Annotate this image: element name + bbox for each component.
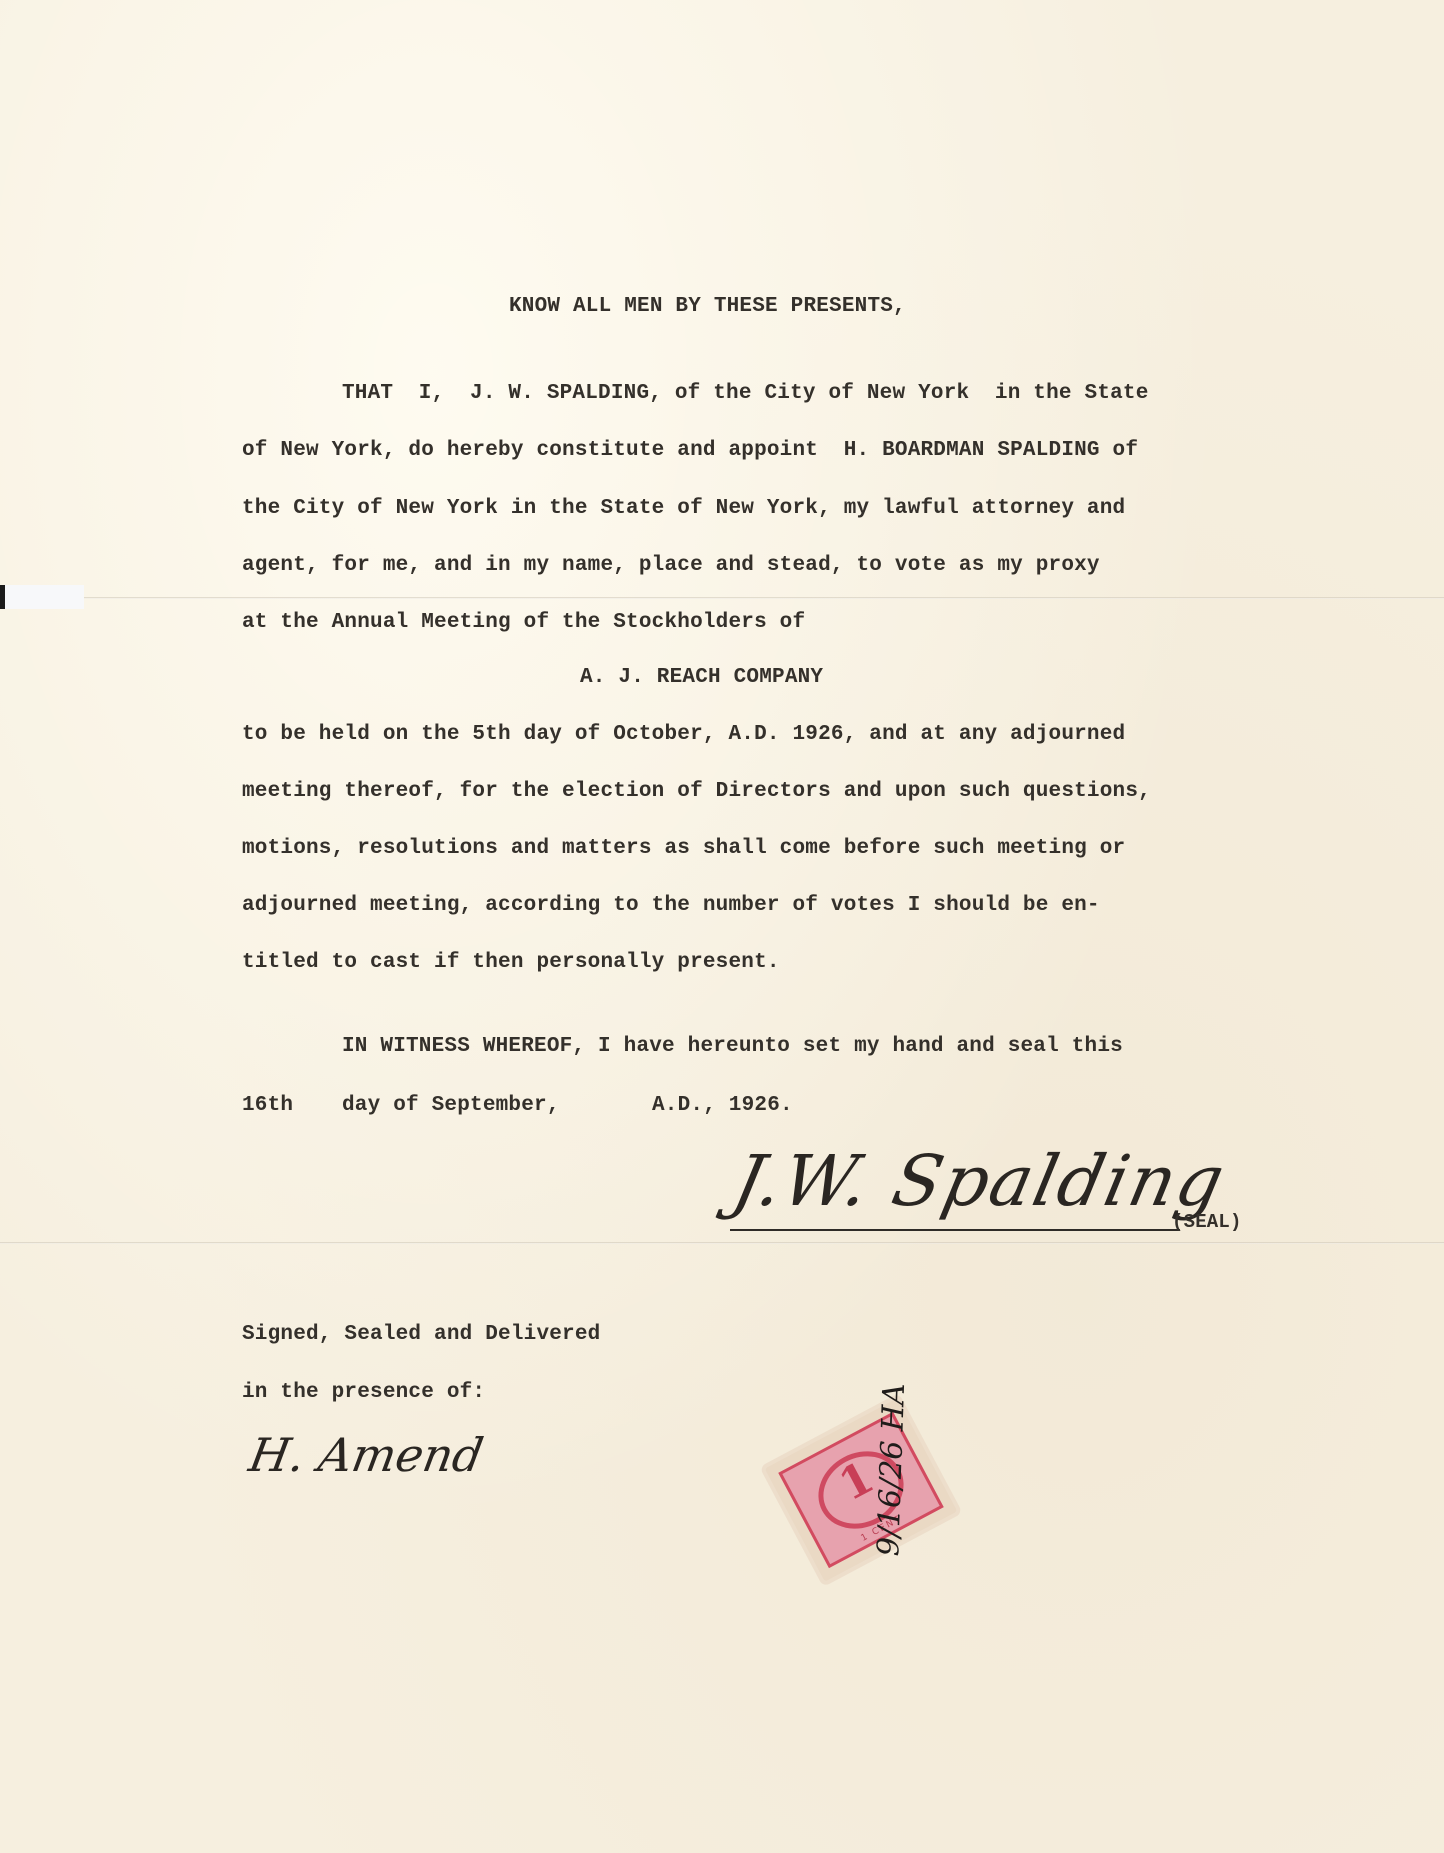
fold-crease-top bbox=[0, 597, 1444, 599]
presence-line: in the presence of: bbox=[242, 1381, 485, 1405]
stamp-face: 1 1 CENT 9/16/26 HA bbox=[778, 1412, 943, 1568]
date-year: A.D., 1926. bbox=[652, 1094, 793, 1118]
body-line: of New York, do hereby constitute and ap… bbox=[242, 439, 1138, 463]
body-line: adjourned meeting, according to the numb… bbox=[242, 894, 1100, 918]
stamp-cancellation: 9/16/26 HA bbox=[871, 1383, 912, 1557]
witness-signature: H. Amend bbox=[245, 1428, 487, 1482]
document-heading: KNOW ALL MEN BY THESE PRESENTS, bbox=[509, 295, 906, 319]
torn-edge-shadow bbox=[0, 585, 5, 609]
body-line: at the Annual Meeting of the Stockholder… bbox=[242, 611, 805, 635]
principal-signature: J.W. Spalding bbox=[726, 1140, 1233, 1222]
witness-clause: IN WITNESS WHEREOF, I have hereunto set … bbox=[342, 1035, 1123, 1059]
body-line: THAT I, J. W. SPALDING, of the City of N… bbox=[342, 382, 1149, 406]
date-month: day of September, bbox=[342, 1094, 560, 1118]
company-name: A. J. REACH COMPANY bbox=[580, 666, 823, 690]
delivered-line: Signed, Sealed and Delivered bbox=[242, 1323, 600, 1347]
revenue-stamp: 1 1 CENT 9/16/26 HA bbox=[765, 1389, 986, 1601]
body-line: to be held on the 5th day of October, A.… bbox=[242, 723, 1125, 747]
fold-crease-bottom bbox=[0, 1242, 1444, 1244]
seal-label: (SEAL) bbox=[1172, 1210, 1242, 1234]
torn-edge bbox=[0, 585, 84, 609]
body-line: agent, for me, and in my name, place and… bbox=[242, 554, 1100, 578]
date-day: 16th bbox=[242, 1094, 293, 1118]
body-line: meeting thereof, for the election of Dir… bbox=[242, 780, 1151, 804]
body-line: the City of New York in the State of New… bbox=[242, 497, 1125, 521]
body-line: motions, resolutions and matters as shal… bbox=[242, 837, 1125, 861]
signature-line bbox=[730, 1229, 1180, 1231]
body-line: titled to cast if then personally presen… bbox=[242, 951, 780, 975]
